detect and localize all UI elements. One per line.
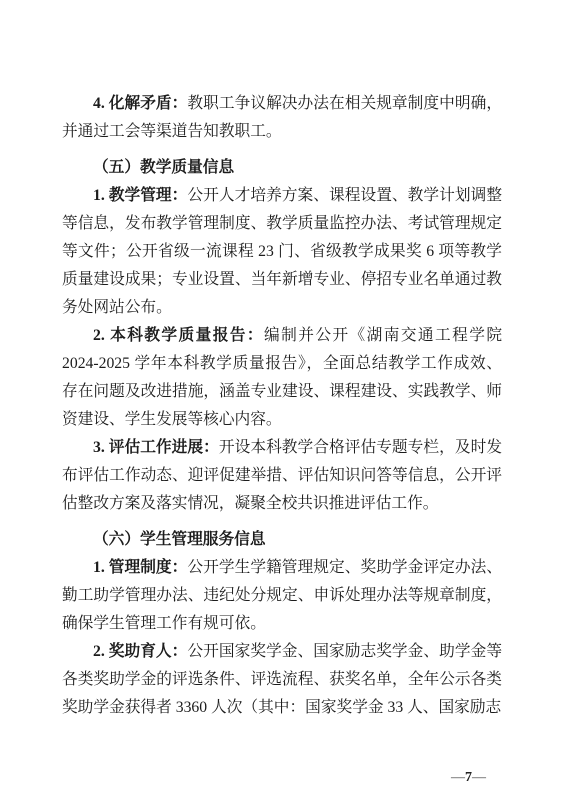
paragraph-text: 公开人才培养方案、课程设置、教学计划调整等信息，发布教学管理制度、教学质量监控办…: [62, 187, 502, 316]
page-number: —7—: [451, 770, 486, 786]
paragraph-label: 4. 化解矛盾：: [93, 95, 187, 112]
paragraph-label: 1. 管理制度：: [93, 559, 187, 576]
paragraph: 2. 本科教学质量报告：编制并公开《湖南交通工程学院 2024-2025 学年本…: [62, 322, 502, 434]
page-number-value: 7: [465, 770, 472, 785]
paragraph: 1. 教学管理：公开人才培养方案、课程设置、教学计划调整等信息，发布教学管理制度…: [62, 182, 502, 322]
paragraph-label: 2. 奖助育人：: [93, 643, 187, 660]
page-number-left-dash: —: [451, 770, 465, 785]
paragraph: 2. 奖助育人：公开国家奖学金、国家励志奖学金、助学金等各类奖助学金的评选条件、…: [62, 638, 502, 722]
document-page: 4. 化解矛盾：教职工争议解决办法在相关规章制度中明确，并通过工会等渠道告知教职…: [0, 0, 564, 807]
paragraph: 1. 管理制度：公开学生学籍管理规定、奖助学金评定办法、勤工助学管理办法、违纪处…: [62, 554, 502, 638]
section-heading: （五）教学质量信息: [62, 154, 502, 182]
paragraph-label: 1. 教学管理：: [93, 187, 187, 204]
paragraph-label: 3. 评估工作进展：: [93, 439, 219, 456]
paragraph: 3. 评估工作进展：开设本科教学合格评估专题专栏，及时发布评估工作动态、迎评促建…: [62, 434, 502, 518]
page-number-right-dash: —: [472, 770, 486, 785]
document-content: 4. 化解矛盾：教职工争议解决办法在相关规章制度中明确，并通过工会等渠道告知教职…: [62, 90, 502, 722]
section-heading: （六）学生管理服务信息: [62, 526, 502, 554]
paragraph-label: 2. 本科教学质量报告：: [93, 327, 264, 344]
paragraph: 4. 化解矛盾：教职工争议解决办法在相关规章制度中明确，并通过工会等渠道告知教职…: [62, 90, 502, 146]
